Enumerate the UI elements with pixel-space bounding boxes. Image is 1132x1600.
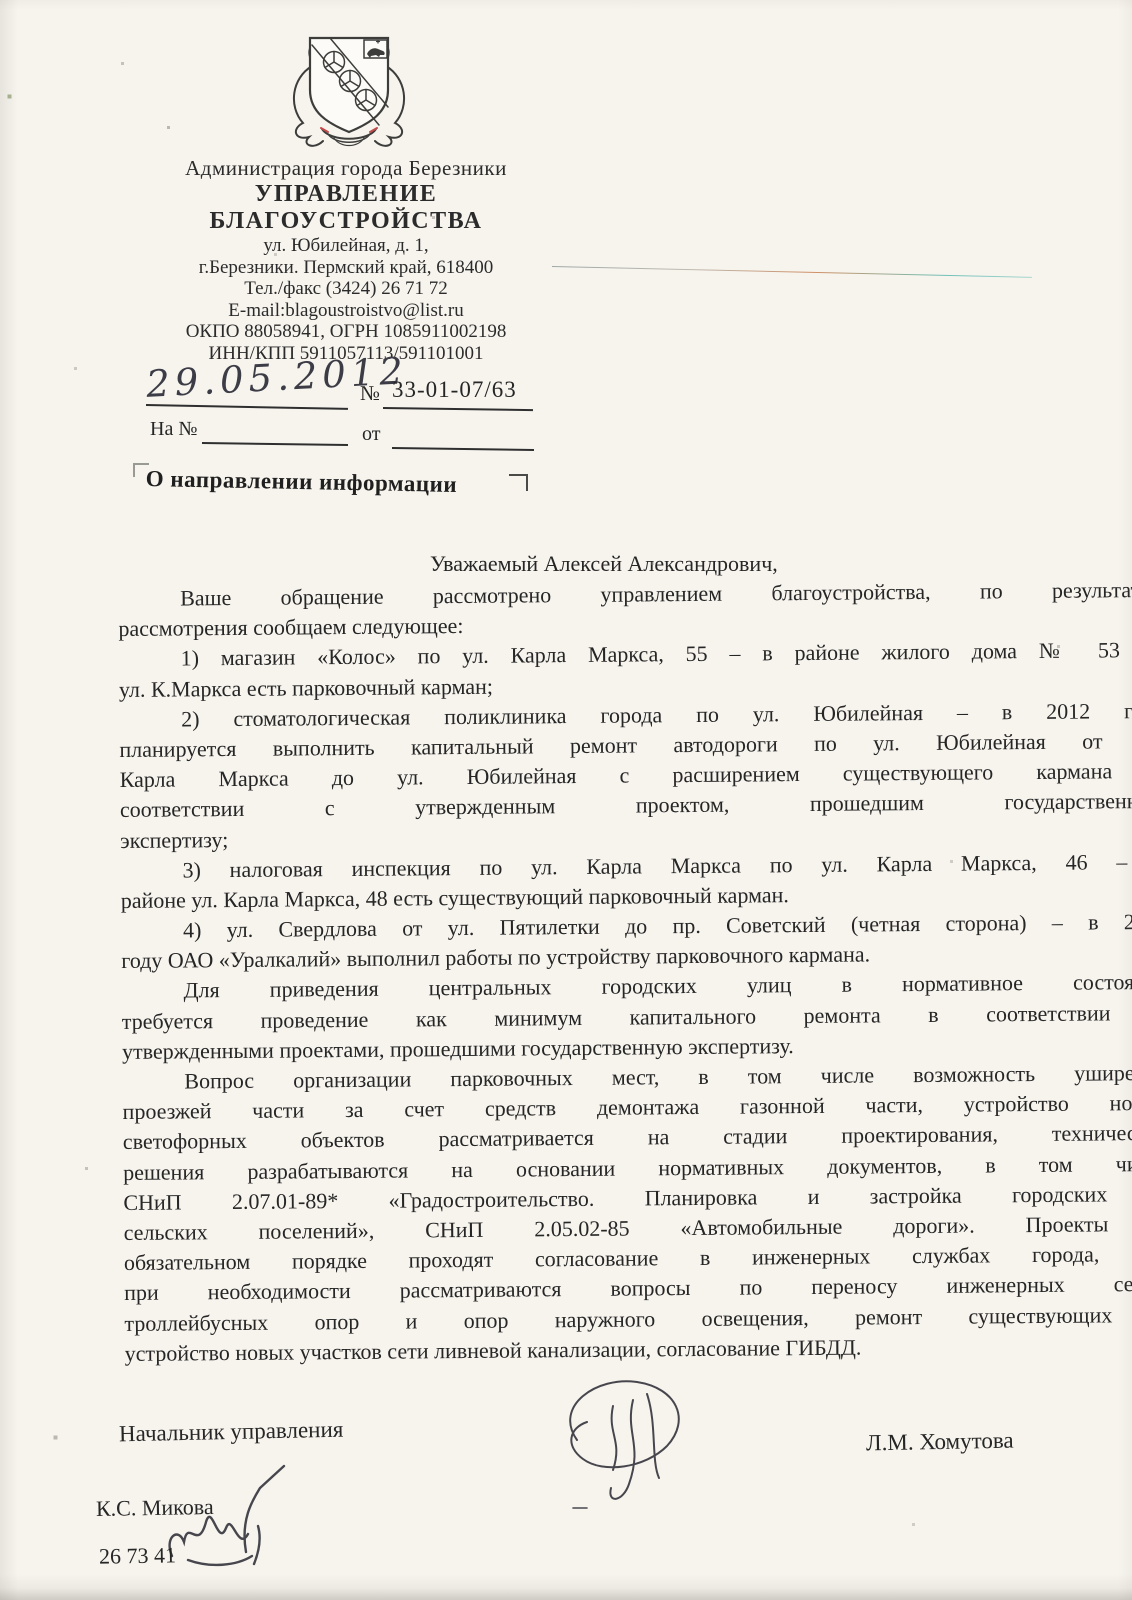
incoming-date-label: от [362,423,380,446]
scan-fold-line [552,266,1032,278]
incoming-date-underline [392,447,534,451]
letterhead-admin-line: Администрация города Березники [128,156,564,181]
outgoing-number-value: 33-01-07/63 [392,377,517,403]
outgoing-number-label: № [360,381,380,406]
salutation-line: Уважаемый Алексей Александрович, [430,551,778,577]
head-signature-handwriting [515,1362,735,1527]
letterhead-phone: Тел./факс (3424) 26 71 72 [128,278,564,300]
signer-position-title: Начальник управления [119,1417,344,1448]
head-signature-name: Л.М. Хомутова [866,1428,1014,1457]
subject-line: О направлении информации [146,466,458,498]
date-underline [146,404,348,410]
letterhead-email: E-mail:blagoustroistvo@list.ru [128,300,564,322]
berezniki-coat-of-arms-icon [282,28,416,152]
letterhead-org-line1: УПРАВЛЕНИЕ [128,181,564,208]
incoming-number-label: На № [150,418,197,441]
executor-signature-handwriting [158,1456,308,1581]
subject-corner-mark-right [509,474,528,491]
letterhead-codes1: ОКПО 88058941, ОГРН 1085911002198 [128,321,564,343]
letterhead-city: г.Березники. Пермский край, 618400 [128,257,564,279]
body-text: Ваше обращение рассмотрено управлением б… [118,575,1132,1369]
scanned-letter-page: Администрация города Березники УПРАВЛЕНИ… [0,0,1132,1600]
letterhead: Администрация города Березники УПРАВЛЕНИ… [128,156,564,364]
letterhead-street: ул. Юбилейная, д. 1, [128,235,564,257]
executor-phone: 26 73 41 [99,1542,176,1569]
incoming-number-underline [202,442,348,446]
letterhead-org-line2: БЛАГОУСТРОЙСТВА [128,208,564,235]
paper-specks [0,0,1,1]
number-underline [383,407,533,411]
